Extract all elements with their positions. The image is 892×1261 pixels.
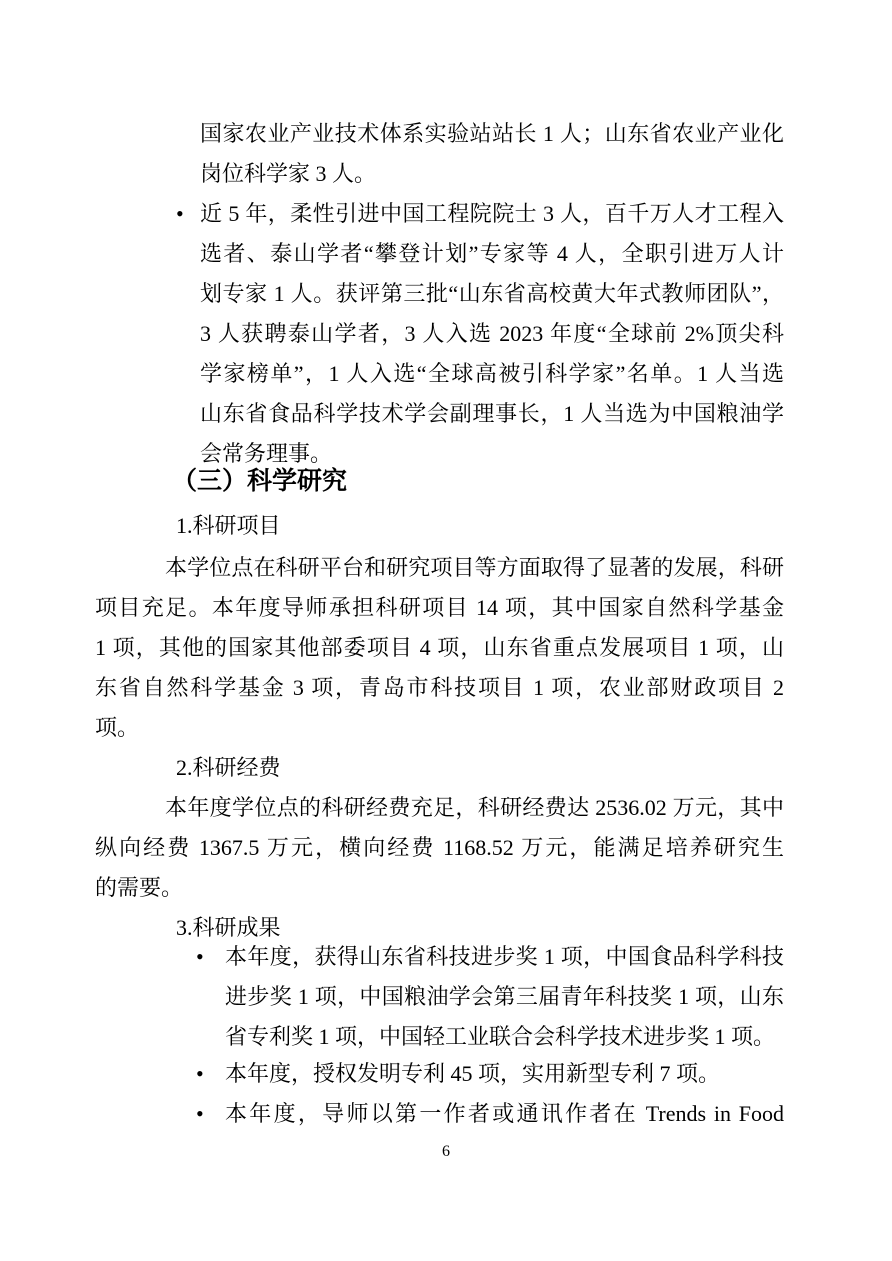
text-line: 3 人获聘泰山学者，3 人入选 2023 年度“全球前 2%顶尖科 <box>200 314 784 354</box>
text-line: 本年度，授权发明专利 45 项，实用新型专利 7 项。 <box>225 1054 784 1094</box>
bullet-icon: • <box>196 1054 220 1094</box>
subsection-research-funding: 2.科研经费 <box>176 748 281 788</box>
text-line: 纵向经费 1367.5 万元，横向经费 1168.52 万元，能满足培养研究生 <box>95 828 784 868</box>
bullet-icon: • <box>196 1094 220 1134</box>
text-line: 1 项，其他的国家其他部委项目 4 项，山东省重点发展项目 1 项，山 <box>95 628 784 668</box>
section-heading-research: （三）科学研究 <box>172 460 347 504</box>
bullet-item-awards: 本年度，获得山东省科技进步奖 1 项，中国食品科学科技 进步奖 1 项，中国粮油… <box>225 937 784 1057</box>
text-line: 近 5 年，柔性引进中国工程院院士 3 人，百千万人才工程入 <box>200 194 784 234</box>
text-line: 选者、泰山学者“攀登计划”专家等 4 人，全职引进万人计 <box>200 234 784 274</box>
bullet-item-patents: 本年度，授权发明专利 45 项，实用新型专利 7 项。 <box>225 1054 784 1094</box>
bullet-icon: • <box>196 937 220 977</box>
text-line: 本年度学位点的科研经费充足，科研经费达 2536.02 万元，其中 <box>95 788 784 828</box>
text-line: 进步奖 1 项，中国粮油学会第三届青年科技奖 1 项，山东 <box>225 977 784 1017</box>
text-line: 东省自然科学基金 3 项，青岛市科技项目 1 项，农业部财政项目 2 <box>95 668 784 708</box>
text-line: 省专利奖 1 项，中国轻工业联合会科学技术进步奖 1 项。 <box>225 1017 784 1057</box>
text-line: 项。 <box>95 708 784 748</box>
text-line: 本年度，导师以第一作者或通讯作者在 Trends in Food <box>225 1094 784 1134</box>
bullet-item-publications: 本年度，导师以第一作者或通讯作者在 Trends in Food <box>225 1094 784 1134</box>
bullet-item-talent-recruitment: 近 5 年，柔性引进中国工程院院士 3 人，百千万人才工程入 选者、泰山学者“攀… <box>200 194 784 474</box>
text-line: 学家榜单”，1 人入选“全球高被引科学家”名单。1 人当选 <box>200 354 784 394</box>
paragraph-research-projects: 本学位点在科研平台和研究项目等方面取得了显著的发展，科研 项目充足。本年度导师承… <box>95 548 784 748</box>
text-line: 本学位点在科研平台和研究项目等方面取得了显著的发展，科研 <box>95 548 784 588</box>
page-number: 6 <box>0 1140 892 1164</box>
text-line: 国家农业产业技术体系实验站站长 1 人；山东省农业产业化 <box>200 114 784 154</box>
text-line: 的需要。 <box>95 868 784 908</box>
text-line: 划专家 1 人。获评第三批“山东省高校黄大年式教师团队”， <box>200 274 784 314</box>
bullet-icon: • <box>176 194 200 234</box>
continuation-paragraph: 国家农业产业技术体系实验站站长 1 人；山东省农业产业化 岗位科学家 3 人。 <box>200 114 784 194</box>
text-line: 本年度，获得山东省科技进步奖 1 项，中国食品科学科技 <box>225 937 784 977</box>
paragraph-research-funding: 本年度学位点的科研经费充足，科研经费达 2536.02 万元，其中 纵向经费 1… <box>95 788 784 908</box>
text-line: 项目充足。本年度导师承担科研项目 14 项，其中国家自然科学基金 <box>95 588 784 628</box>
text-line: 岗位科学家 3 人。 <box>200 154 784 194</box>
text-line: 山东省食品科学技术学会副理事长，1 人当选为中国粮油学 <box>200 394 784 434</box>
document-page: 国家农业产业技术体系实验站站长 1 人；山东省农业产业化 岗位科学家 3 人。 … <box>0 0 892 1261</box>
subsection-research-projects: 1.科研项目 <box>176 506 281 546</box>
